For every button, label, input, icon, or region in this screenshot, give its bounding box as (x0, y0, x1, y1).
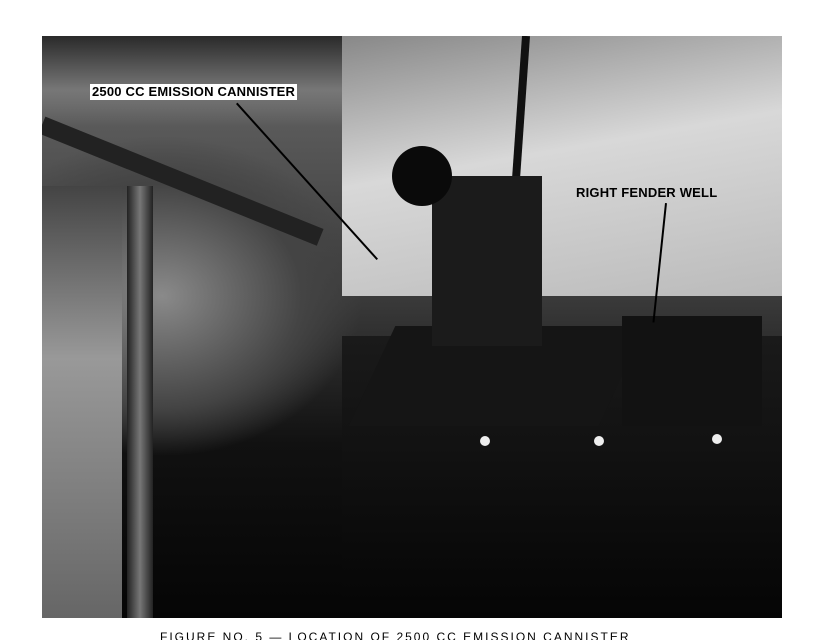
bolt (594, 436, 604, 446)
bolt (480, 436, 490, 446)
figure-caption: FIGURE NO. 5 — LOCATION OF 2500 CC EMISS… (160, 630, 631, 640)
fender-well (622, 316, 762, 426)
cannister-bracket (432, 176, 542, 346)
bolt (712, 434, 722, 444)
label-emission-cannister: 2500 CC EMISSION CANNISTER (90, 84, 297, 100)
vertical-post (127, 186, 153, 618)
left-panel (42, 186, 122, 618)
hose-fitting (392, 146, 452, 206)
label-right-fender-well: RIGHT FENDER WELL (574, 185, 719, 201)
engine-bay-photo (42, 36, 782, 618)
